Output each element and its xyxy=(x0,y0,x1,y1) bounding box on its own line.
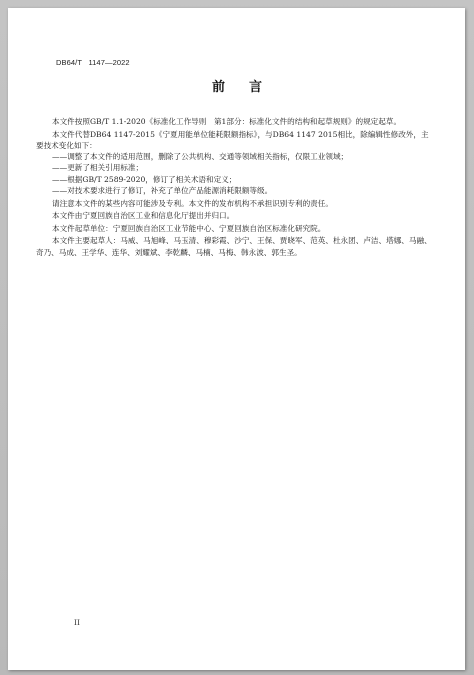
paragraph-drafters: 本文件主要起草人：马威、马旭峰、马玉清、穆彩霞、沙宁、王保、贾晓军、范英、杜永团… xyxy=(36,235,436,258)
page-title: 前言 xyxy=(0,76,474,95)
paragraph-proposer: 本文件由宁夏回族自治区工业和信息化厅提出并归口。 xyxy=(36,210,436,221)
page-number: II xyxy=(74,618,80,627)
change-item: ——根据GB/T 2589-2020，修订了相关术语和定义； xyxy=(36,174,436,185)
paragraph-replacement: 本文件代替DB64 1147-2015《宁夏用能单位能耗限额指标》，与DB64 … xyxy=(36,129,436,152)
change-item: ——调整了本文件的适用范围，删除了公共机构、交通等领域相关指标，仅限工业领域； xyxy=(36,151,436,162)
paragraph-drafting-units: 本文件起草单位：宁夏回族自治区工业节能中心、宁夏回族自治区标准化研究院。 xyxy=(36,223,436,234)
change-item: ——更新了相关引用标准； xyxy=(36,162,436,173)
title-char-1: 前 xyxy=(212,80,225,95)
document-code: DB64/T 1147—2022 xyxy=(56,58,130,67)
paragraph-drafting-rules: 本文件按照GB/T 1.1-2020《标准化工作导则 第1部分：标准化文件的结构… xyxy=(36,116,436,127)
document-body: 本文件按照GB/T 1.1-2020《标准化工作导则 第1部分：标准化文件的结构… xyxy=(36,116,436,258)
change-item: ——对技术要求进行了修订，补充了单位产品能源消耗限额等级。 xyxy=(36,185,436,196)
paragraph-patent-notice: 请注意本文件的某些内容可能涉及专利。本文件的发布机构不承担识别专利的责任。 xyxy=(36,198,436,209)
title-char-2: 言 xyxy=(249,80,262,95)
document-page xyxy=(8,8,465,670)
